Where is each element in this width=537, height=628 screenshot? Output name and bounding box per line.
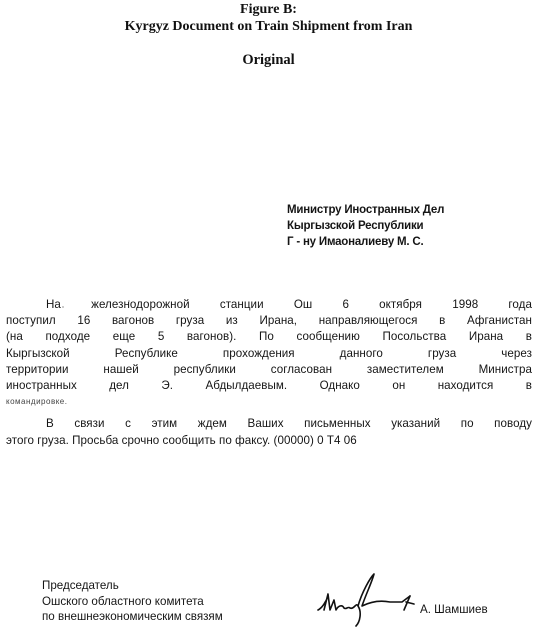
figure-label: Figure B: [0,2,537,18]
body-line: территории нашей республики согласован з… [6,362,532,378]
figure-title: Kyrgyz Document on Train Shipment from I… [0,19,537,35]
body-line: Кыргызской Республике прохождения данног… [6,346,532,362]
signature-title-line: Председатель [42,578,223,594]
body-line: (на подходе еще 5 вагонов). По сообщению… [6,329,532,345]
scan-speck [128,300,130,302]
body-line: иностранных дел Э. Абдылдаевым. Однако о… [6,378,532,394]
body-line: этого груза. Просьба срочно сообщить по … [6,433,532,449]
handwritten-signature-icon [310,572,420,628]
addressee-line: Кыргызской Республики [287,218,444,234]
body-line: В связи с этим ждем Ваших письменных ука… [6,416,532,432]
body-line: поступил 16 вагонов груза из Ирана, напр… [6,313,532,329]
letter-body: На железнодорожной станции Ош 6 октября … [6,297,532,449]
signature-title-line: Ошского областного комитета [42,594,223,610]
addressee-block: Министру Иностранных Дел Кыргызской Респ… [287,202,444,250]
signer-name: А. Шамшиев [420,603,488,616]
body-line: командировке. [6,394,532,410]
version-label: Original [0,52,537,69]
addressee-line: Министру Иностранных Дел [287,202,444,218]
scan-speck [62,306,64,308]
signature-title-block: Председатель Ошского областного комитета… [42,578,223,625]
body-line: На железнодорожной станции Ош 6 октября … [6,297,532,313]
signature-title-line: по внешнеэкономическим связям [42,609,223,625]
addressee-line: Г - ну Имаоналиеву М. С. [287,234,444,250]
scan-speck [520,420,522,422]
